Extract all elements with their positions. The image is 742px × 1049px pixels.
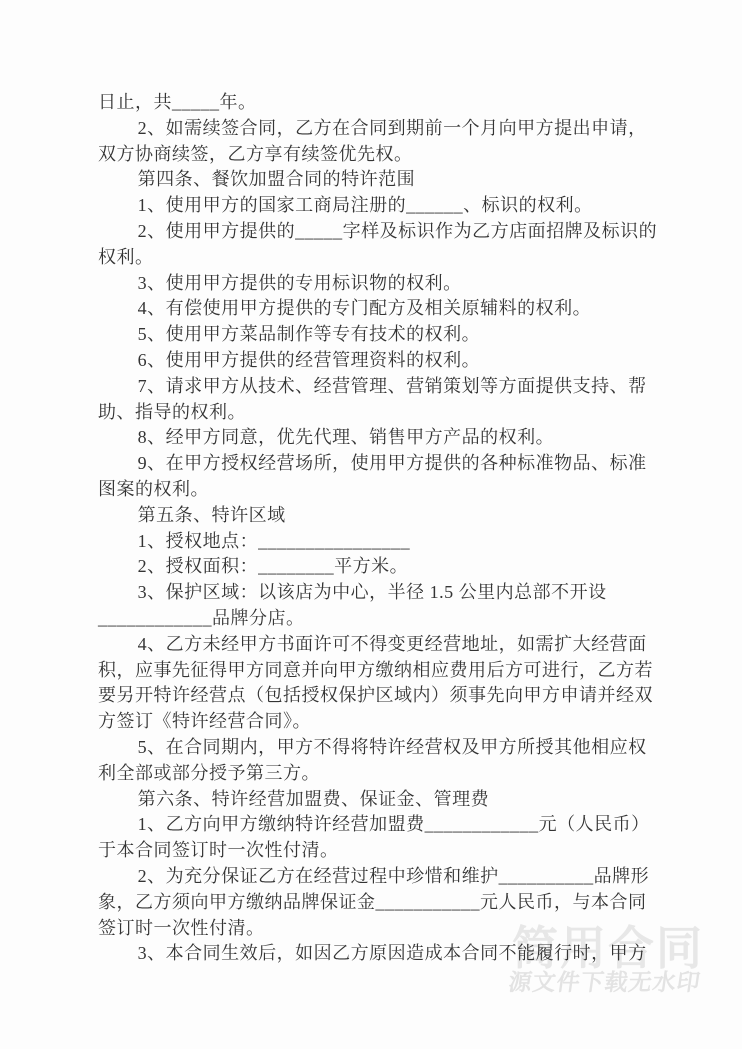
document-line: 于本合同签订时一次性付清。 — [98, 838, 664, 864]
document-line: 6、使用甲方提供的经营管理资料的权利。 — [98, 348, 664, 374]
document-line: 双方协商续签，乙方享有续签优先权。 — [98, 142, 664, 168]
document-line: 签订时一次性付清。 — [98, 916, 664, 942]
document-line: 5、在合同期内，甲方不得将特许经营权及甲方所授其他相应权 — [98, 735, 664, 761]
document-line: 4、有偿使用甲方提供的专门配方及相关原辅料的权利。 — [98, 296, 664, 322]
page-background: 简用合同 源文件下载无水印 日止，共_____年。2、如需续签合同，乙方在合同到… — [0, 0, 742, 1049]
watermark-tagline: 源文件下载无水印 — [507, 964, 704, 997]
document-line: 9、在甲方授权经营场所，使用甲方提供的各种标准物品、标准 — [98, 451, 664, 477]
document-line: 方签订《特许经营合同》。 — [98, 709, 664, 735]
document-line: 图案的权利。 — [98, 477, 664, 503]
document-line: 4、乙方未经甲方书面许可不得变更经营地址，如需扩大经营面 — [98, 632, 664, 658]
document-line: 2、为充分保证乙方在经营过程中珍惜和维护__________品牌形 — [98, 864, 664, 890]
document-line: 第六条、特许经营加盟费、保证金、管理费 — [98, 787, 664, 813]
document-line: 8、经甲方同意，优先代理、销售甲方产品的权利。 — [98, 425, 664, 451]
document-line: 5、使用甲方菜品制作等专有技术的权利。 — [98, 322, 664, 348]
document-line: 积，应事先征得甲方同意并向甲方缴纳相应费用后方可进行，乙方若 — [98, 658, 664, 684]
document-line: 3、本合同生效后，如因乙方原因造成本合同不能履行时，甲方 — [98, 941, 664, 967]
document-line: 3、使用甲方提供的专用标识物的权利。 — [98, 271, 664, 297]
contract-body-text: 日止，共_____年。2、如需续签合同，乙方在合同到期前一个月向甲方提出申请，双… — [0, 0, 742, 967]
document-line: 象，乙方须向甲方缴纳品牌保证金___________元人民币，与本合同 — [98, 890, 664, 916]
contract-document-page: { "page": { "background": "#fdfdfd", "te… — [0, 0, 742, 1049]
document-line: ____________品牌分店。 — [98, 606, 664, 632]
document-line: 2、授权面积：________平方米。 — [98, 554, 664, 580]
document-line: 权利。 — [98, 245, 664, 271]
document-line: 2、使用甲方提供的_____字样及标识作为乙方店面招牌及标识的 — [98, 219, 664, 245]
document-line: 要另开特许经营点（包括授权保护区域内）须事先向甲方申请并经双 — [98, 683, 664, 709]
document-line: 日止，共_____年。 — [98, 90, 664, 116]
document-line: 第五条、特许区域 — [98, 503, 664, 529]
document-line: 1、授权地点：________________ — [98, 529, 664, 555]
document-line: 助、指导的权利。 — [98, 400, 664, 426]
document-line: 2、如需续签合同，乙方在合同到期前一个月向甲方提出申请， — [98, 116, 664, 142]
document-line: 第四条、餐饮加盟合同的特许范围 — [98, 167, 664, 193]
document-line: 利全部或部分授予第三方。 — [98, 761, 664, 787]
document-line: 1、乙方向甲方缴纳特许经营加盟费____________元（人民币） — [98, 812, 664, 838]
document-line: 3、保护区域：以该店为中心，半径 1.5 公里内总部不开设 — [98, 580, 664, 606]
document-line: 1、使用甲方的国家工商局注册的______、标识的权利。 — [98, 193, 664, 219]
document-line: 7、请求甲方从技术、经营管理、营销策划等方面提供支持、帮 — [98, 374, 664, 400]
